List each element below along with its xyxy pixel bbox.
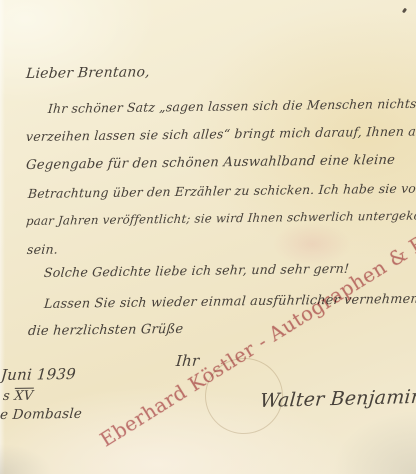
stamp-bleed-smudge bbox=[272, 222, 352, 266]
letter-line: sein. bbox=[26, 242, 58, 257]
salutation: Lieber Brentano, bbox=[25, 64, 150, 82]
letter-line: Gegengabe für den schönen Auswahlband ei… bbox=[25, 153, 395, 173]
dateline-month-year: Juni 1939 bbox=[0, 365, 76, 384]
dateline-street: e Dombasle bbox=[0, 406, 83, 423]
dateline-roman-numeral: XV bbox=[14, 389, 34, 404]
ink-speck bbox=[402, 8, 407, 14]
letter-line: Lassen Sie sich wieder einmal ausführlic… bbox=[43, 292, 416, 312]
letter-line: Ihr schöner Satz „sagen lassen sich die … bbox=[47, 95, 416, 116]
letter-line: verzeihen lassen sie sich alles“ bringt … bbox=[25, 123, 416, 144]
letter-line: paar Jahren veröffentlicht; sie wird Ihn… bbox=[25, 208, 416, 228]
dateline-arrondissement: s XV bbox=[2, 389, 33, 404]
letter-scan-page: Lieber Brentano, Ihr schöner Satz „sagen… bbox=[0, 0, 416, 474]
letter-line: Betrachtung über den Erzähler zu schicke… bbox=[27, 180, 416, 201]
valediction: Ihr bbox=[175, 352, 200, 370]
closing-line: die herzlichsten Grüße bbox=[27, 322, 183, 339]
